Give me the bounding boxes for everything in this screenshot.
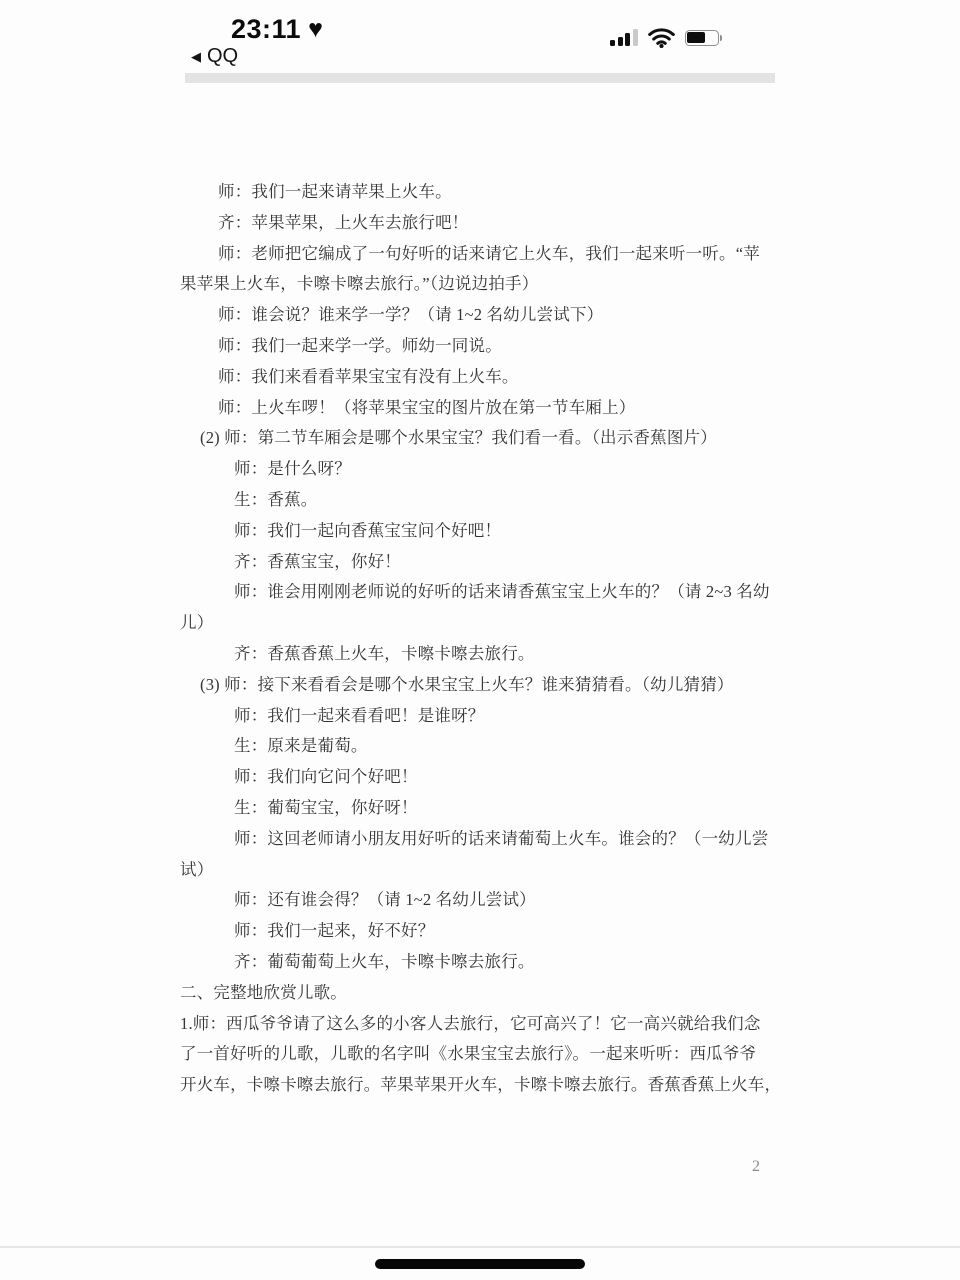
cellular-signal-icon	[610, 29, 638, 46]
doc-line: 师：谁会说？谁来学一学？（请 1~2 名幼儿尝试下）	[180, 300, 820, 331]
doc-line: 师：我们一起来，好不好？	[180, 916, 820, 947]
doc-line: 了一首好听的儿歌，儿歌的名字叫《水果宝宝去旅行》。一起来听听：西瓜爷爷	[180, 1039, 820, 1070]
doc-line: 齐：香蕉宝宝，你好！	[180, 547, 820, 578]
back-to-qq-button[interactable]: ◀ QQ	[191, 45, 238, 68]
doc-line: 齐：苹果苹果，上火车去旅行吧！	[180, 208, 820, 239]
doc-line: 师：还有谁会得？（请 1~2 名幼儿尝试）	[180, 885, 820, 916]
doc-line: 师：我们来看看苹果宝宝有没有上火车。	[180, 362, 820, 393]
doc-line: 齐：葡萄葡萄上火车，卡嚓卡嚓去旅行。	[180, 947, 820, 978]
doc-line: 师：这回老师请小朋友用好听的话来请葡萄上火车。谁会的？（一幼儿尝	[180, 824, 820, 855]
battery-fill	[687, 32, 705, 43]
doc-line: 师：我们一起来看看吧！是谁呀？	[180, 701, 820, 732]
doc-line: 开火车，卡嚓卡嚓去旅行。苹果苹果开火车，卡嚓卡嚓去旅行。香蕉香蕉上火车，	[180, 1070, 820, 1101]
doc-line: 齐：香蕉香蕉上火车，卡嚓卡嚓去旅行。	[180, 639, 820, 670]
doc-line: 师：是什么呀？	[180, 454, 820, 485]
screen: 23:11 ♥ ◀ QQ 师：我们一起来请苹果上火车。 齐：苹果苹果，上火车去旅…	[0, 0, 960, 1280]
document-page[interactable]: 师：我们一起来请苹果上火车。 齐：苹果苹果，上火车去旅行吧！ 师：老师把它编成了…	[180, 177, 820, 1101]
bottom-divider	[0, 1246, 960, 1248]
doc-line: (3) 师：接下来看看会是哪个水果宝宝上火车？谁来猜猜看。（幼儿猜猜）	[180, 670, 820, 701]
doc-line: 师：我们一起向香蕉宝宝问个好吧！	[180, 516, 820, 547]
doc-line: 生：葡萄宝宝，你好呀！	[180, 793, 820, 824]
back-arrow-icon: ◀	[191, 49, 201, 65]
doc-line: 师：老师把它编成了一句好听的话来请它上火车，我们一起来听一听。“苹	[180, 239, 820, 270]
doc-line: 生：香蕉。	[180, 485, 820, 516]
document-top-edge	[185, 73, 775, 83]
wifi-icon	[648, 27, 675, 48]
status-bar-right	[610, 27, 722, 48]
battery-icon	[685, 30, 723, 46]
doc-line: 师：谁会用刚刚老师说的好听的话来请香蕉宝宝上火车的？（请 2~3 名幼	[180, 577, 820, 608]
clock: 23:11	[231, 14, 301, 45]
status-bar-left: 23:11 ♥	[231, 14, 323, 45]
home-indicator[interactable]	[375, 1259, 585, 1269]
page-number: 2	[752, 1158, 760, 1176]
doc-line: 儿）	[180, 608, 820, 639]
doc-line: 1.师：西瓜爷爷请了这么多的小客人去旅行，它可高兴了！它一高兴就给我们念	[180, 1009, 820, 1040]
doc-line: 师：上火车啰！（将苹果宝宝的图片放在第一节车厢上）	[180, 393, 820, 424]
back-app-label: QQ	[207, 45, 238, 68]
doc-line: 师：我们向它问个好吧！	[180, 762, 820, 793]
doc-line: 师：我们一起来请苹果上火车。	[180, 177, 820, 208]
heart-icon: ♥	[308, 16, 323, 43]
doc-line: (2) 师：第二节车厢会是哪个水果宝宝？我们看一看。（出示香蕉图片）	[180, 423, 820, 454]
doc-line: 试）	[180, 855, 820, 886]
doc-line: 师：我们一起来学一学。师幼一同说。	[180, 331, 820, 362]
doc-line: 二、完整地欣赏儿歌。	[180, 978, 820, 1009]
doc-line: 果苹果上火车，卡嚓卡嚓去旅行。”（边说边拍手）	[180, 269, 820, 300]
doc-line: 生：原来是葡萄。	[180, 731, 820, 762]
